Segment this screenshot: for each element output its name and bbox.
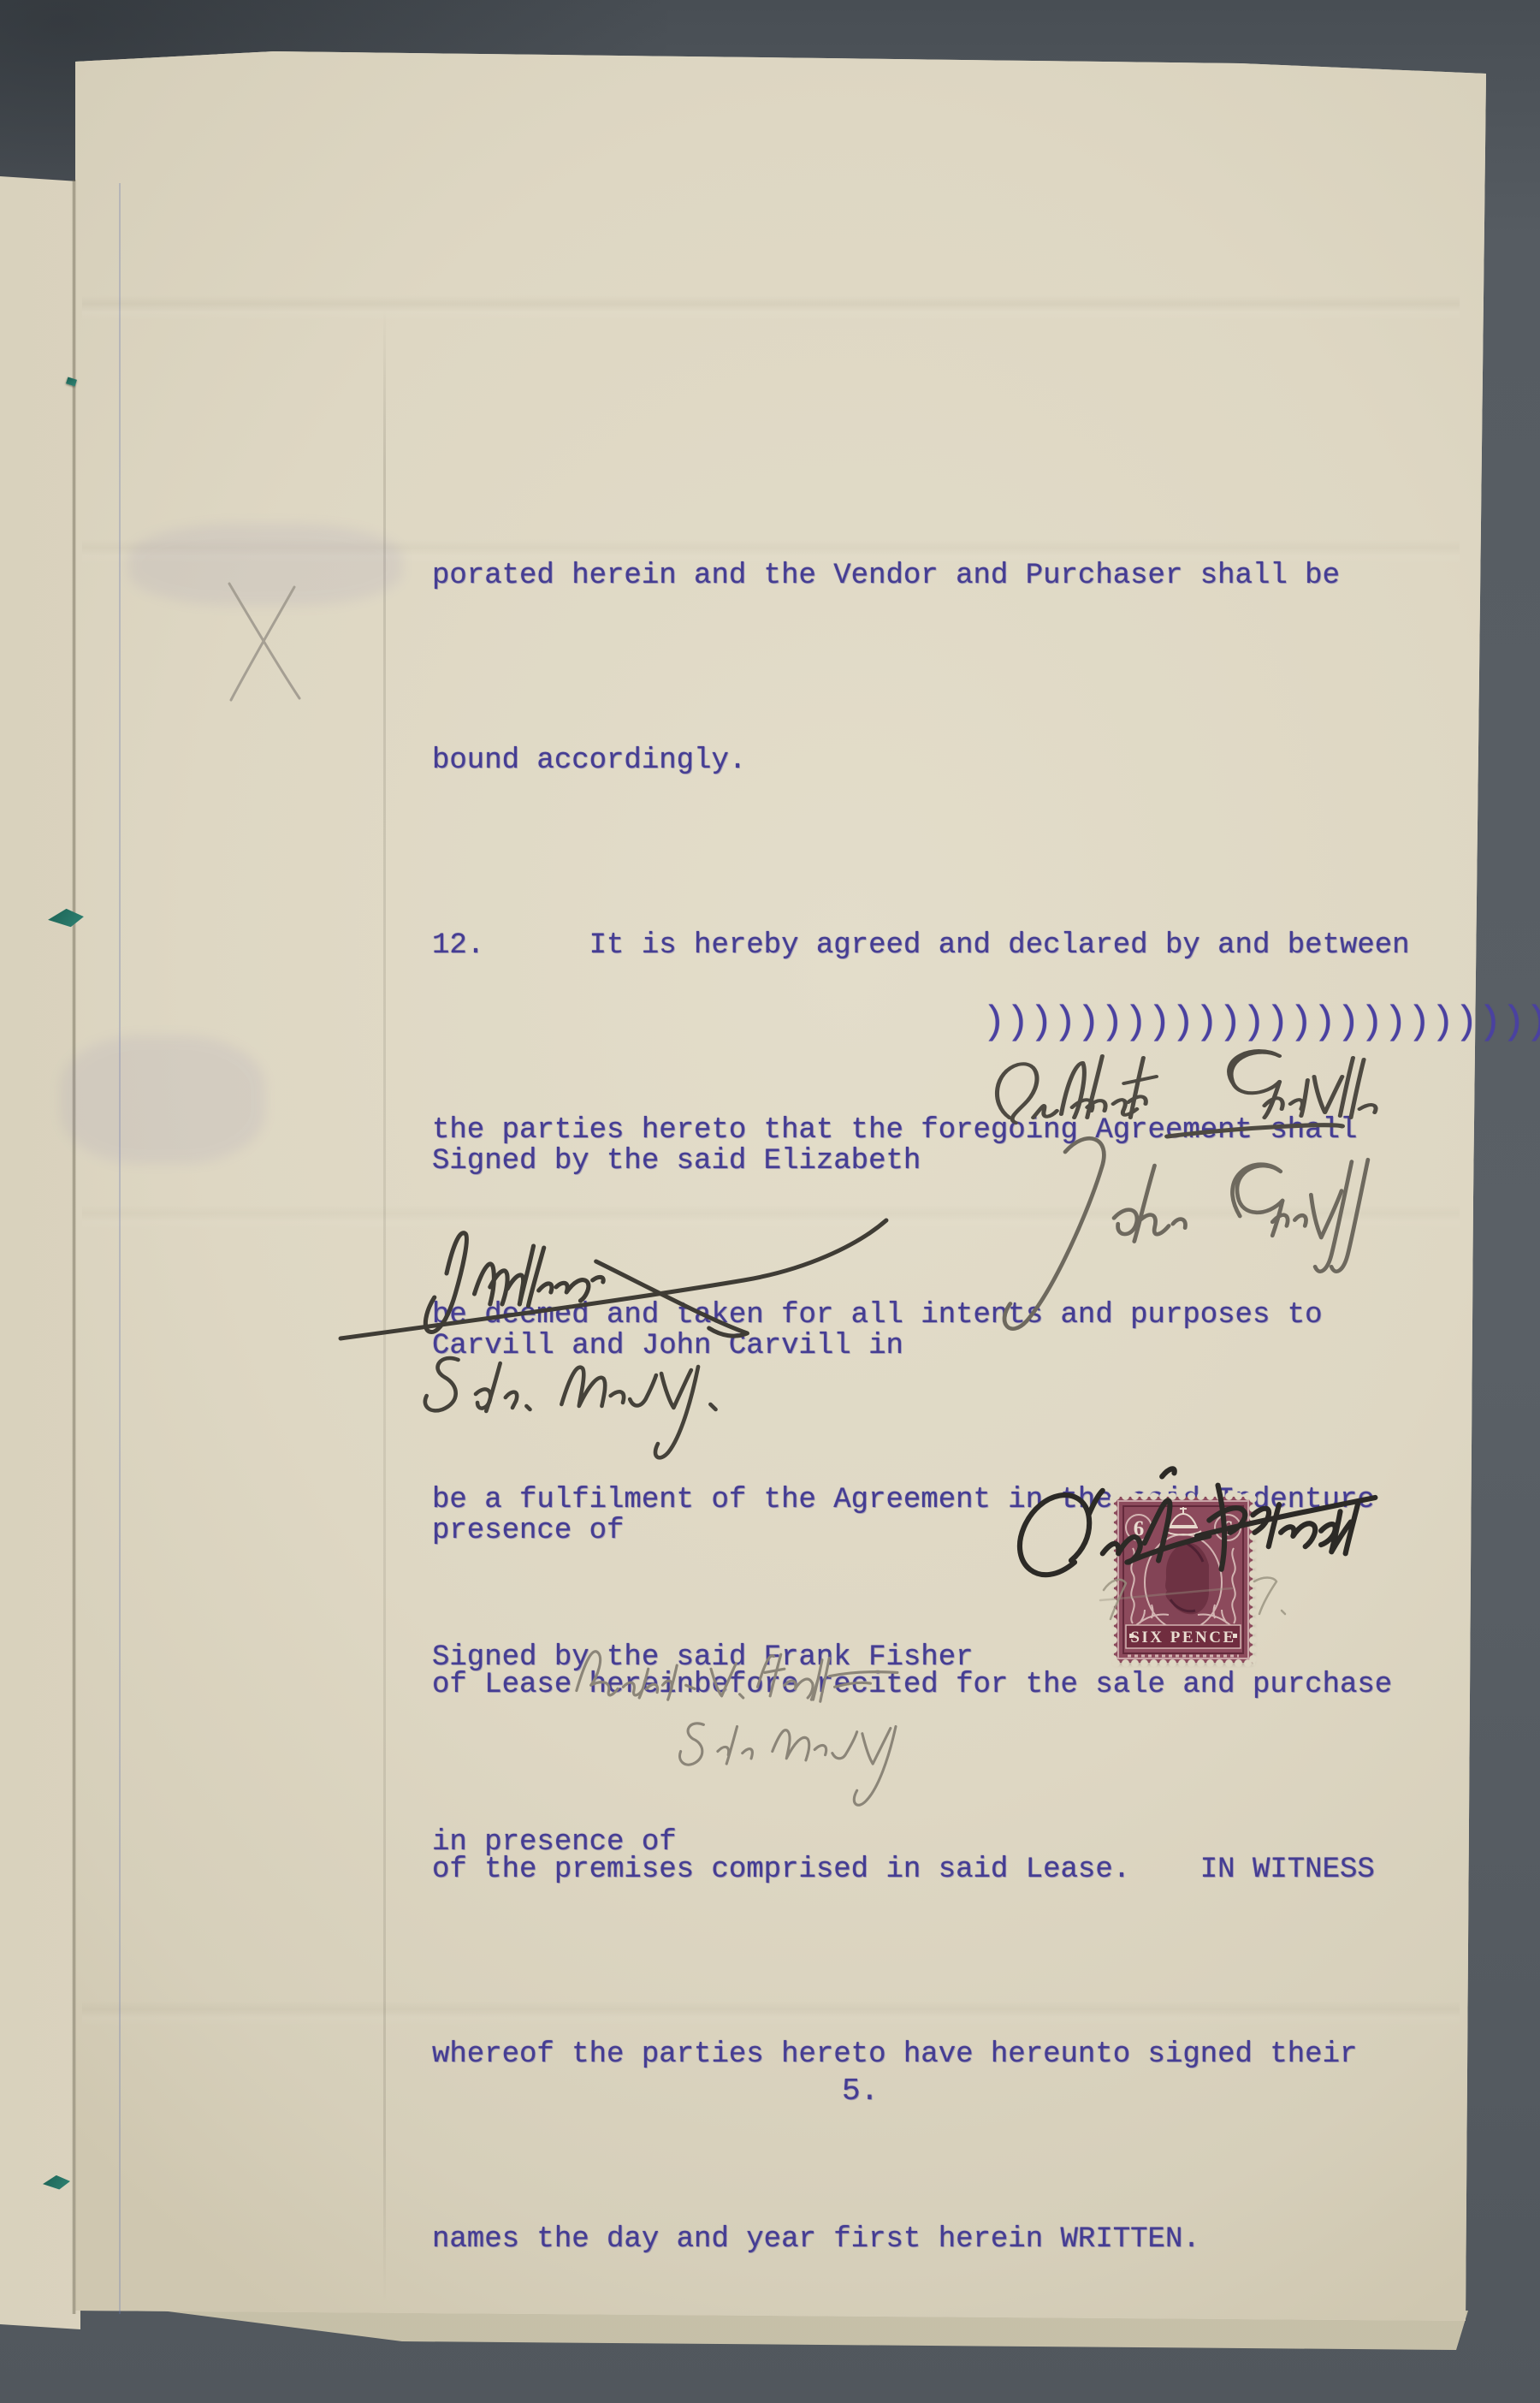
signature-frank-fisher — [991, 1459, 1401, 1660]
signature-john-carvill — [984, 1123, 1390, 1337]
typewritten-line: Signed by the said Elizabeth — [432, 1130, 921, 1192]
pencil-cross-mark — [216, 572, 310, 709]
typewritten-line: porated herein and the Vendor and Purcha… — [432, 545, 1410, 607]
paper-crease — [82, 295, 1460, 321]
typewritten-line: in presence of — [432, 1812, 974, 1873]
pencil-annotation — [1087, 1566, 1309, 1626]
typewritten-line: whereof the parties hereto have hereunto… — [432, 2024, 1410, 2086]
binding-fold-seam — [72, 180, 76, 2314]
typewritten-line: 12. It is hereby agreed and declared by … — [432, 915, 1410, 976]
typewritten-line: bound accordingly. — [432, 730, 1410, 792]
ruled-margin-line — [119, 183, 121, 2314]
ink-bleedthrough-smudge — [60, 1035, 265, 1164]
signature-solr-newry-hamill — [663, 1693, 954, 1808]
signature-solr-newry — [402, 1322, 770, 1468]
typewritten-line: names the day and year first herein WRIT… — [432, 2209, 1410, 2270]
scanned-document-backdrop: porated herein and the Vendor and Purcha… — [0, 0, 1540, 2403]
page-number: 5. — [842, 2071, 879, 2112]
